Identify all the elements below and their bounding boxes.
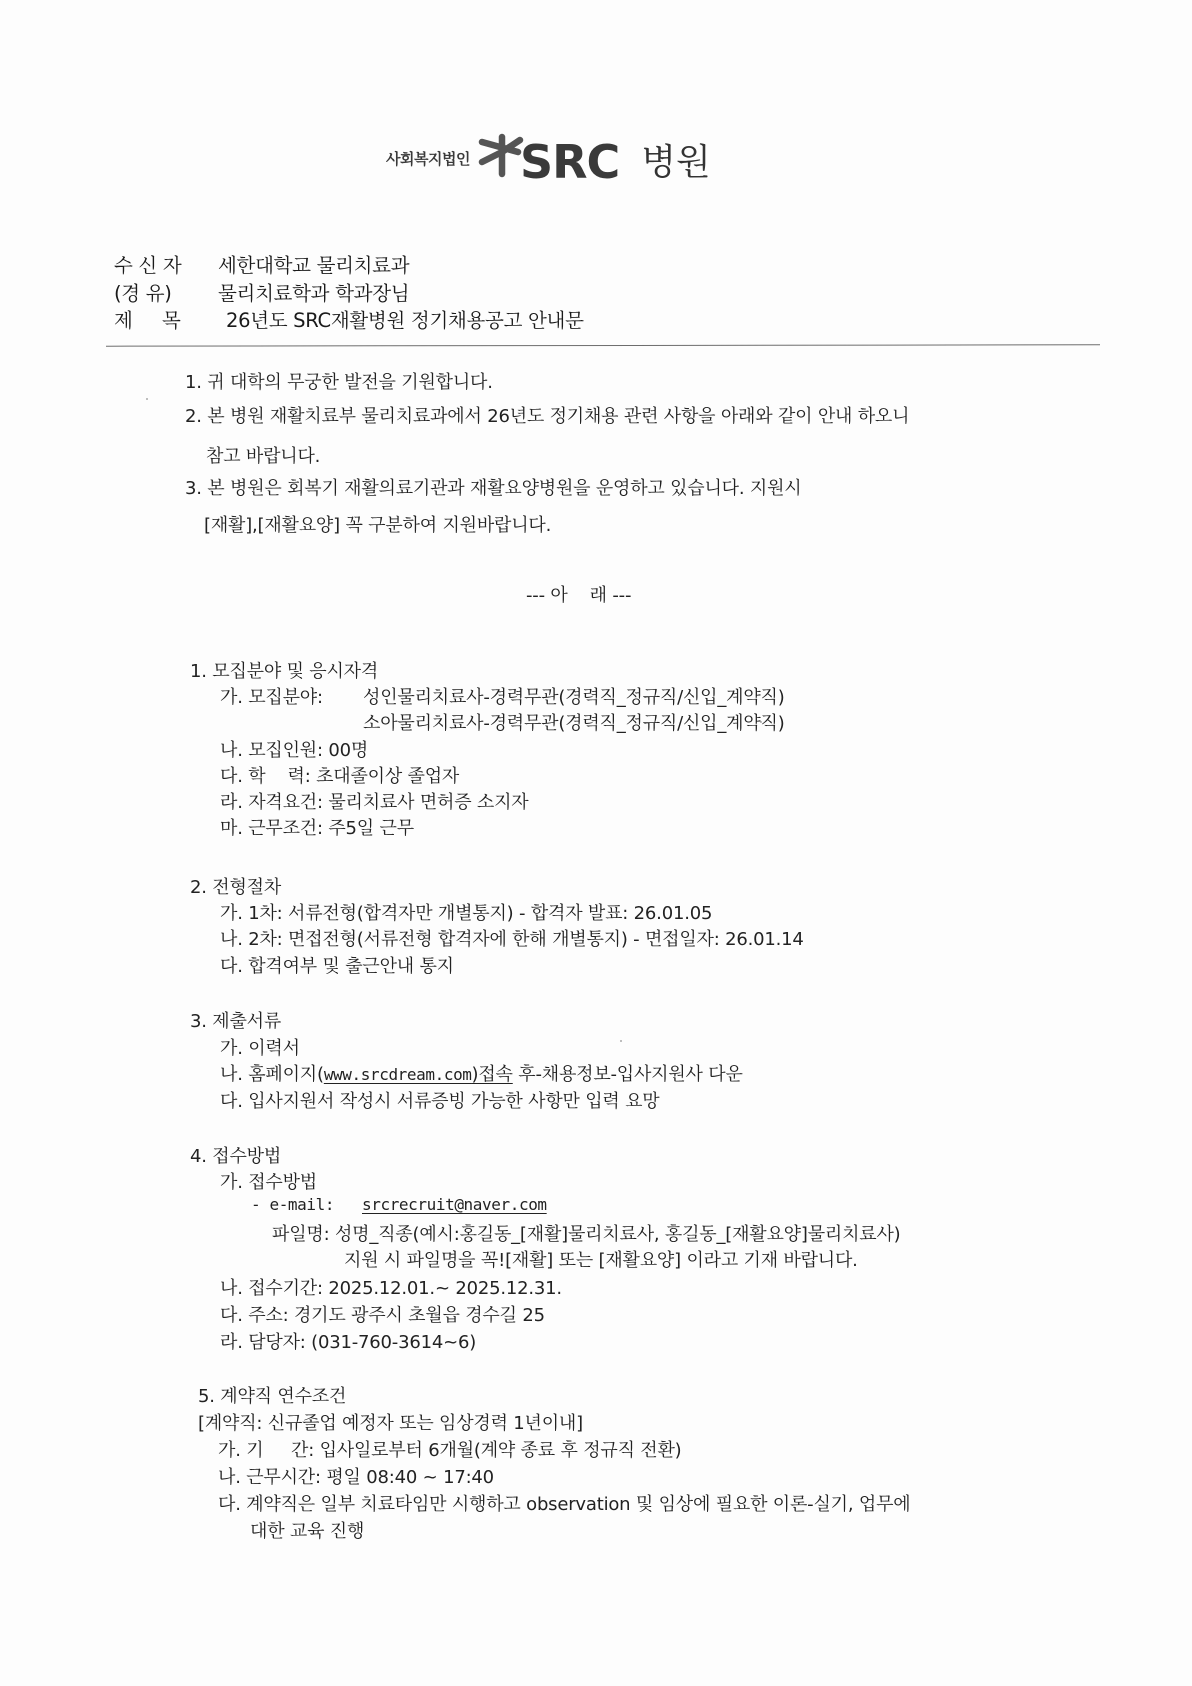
filename-rule: 파일명: 성명_직종(예시:홍길동_[재활]물리치료사, 홍길동_[재활요양]물… bbox=[272, 1220, 900, 1246]
recipient-value: 세한대학교 물리치료과 bbox=[218, 252, 409, 280]
section-4-a: 가. 접수방법 bbox=[220, 1168, 317, 1194]
scan-speck bbox=[620, 1040, 622, 1042]
document-page: 사회복지법인 SRC 병원 수 신 자 세한대학교 물리치료과 (경 유) 물리… bbox=[0, 0, 1192, 1686]
intro-item-3: 3. 본 병원은 회복기 재활의료기관과 재활요양병원을 운영하고 있습니다. … bbox=[185, 474, 801, 500]
section-1-d: 라. 자격요건: 물리치료사 면허증 소지자 bbox=[220, 788, 528, 814]
section-3-a: 가. 이력서 bbox=[220, 1034, 300, 1060]
subject-label: 제 목 bbox=[114, 307, 226, 335]
intro-item-1: 1. 귀 대학의 무궁한 발전을 기원합니다. bbox=[185, 368, 493, 394]
logo-suffix: 병원 bbox=[641, 134, 711, 185]
section-1-b: 나. 모집인원: 00명 bbox=[220, 736, 368, 762]
header-divider-line bbox=[106, 344, 1100, 346]
section-3-b: 나. 홈페이지(www.srcdream.com)접속 후-채용정보-입사지원사… bbox=[220, 1060, 743, 1086]
section-5-title: 5. 계약직 연수조건 bbox=[198, 1382, 346, 1408]
subject-value: 26년도 SRC재활병원 정기채용공고 안내문 bbox=[226, 307, 584, 335]
logo-prefix: 사회복지법인 bbox=[386, 148, 470, 169]
section-3-b-mid: )접속 bbox=[472, 1064, 513, 1085]
intro-item-3-cont: [재활],[재활요양] 꼭 구분하여 지원바랍니다. bbox=[204, 511, 551, 537]
email-link[interactable]: srcrecruit@naver.com bbox=[362, 1195, 547, 1214]
section-5-a: 가. 기 간: 입사일로부터 6개월(계약 종료 후 정규직 전환) bbox=[218, 1436, 682, 1462]
section-5-note: [계약직: 신규졸업 예정자 또는 임상경력 1년이내] bbox=[198, 1409, 583, 1435]
section-2-a: 가. 1차: 서류전형(합격자만 개별통지) - 합격자 발표: 26.01.0… bbox=[220, 899, 712, 925]
section-1-c: 다. 학 력: 초대졸이상 졸업자 bbox=[220, 762, 459, 788]
section-2-b: 나. 2차: 면접전형(서류전형 합격자에 한해 개별통지) - 면접일자: 2… bbox=[220, 925, 804, 951]
section-3-b-prefix: 나. 홈페이지( bbox=[220, 1064, 324, 1085]
section-5-c-cont: 대한 교육 진행 bbox=[250, 1517, 364, 1543]
section-2-c: 다. 합격여부 및 출근안내 통지 bbox=[220, 952, 454, 978]
section-1-a-label: 가. 모집분야: bbox=[220, 683, 323, 709]
section-5-c: 다. 계약직은 일부 치료타임만 시행하고 observation 및 임상에 … bbox=[218, 1490, 910, 1516]
section-1-title: 1. 모집분야 및 응시자격 bbox=[190, 657, 378, 683]
section-3-title: 3. 제출서류 bbox=[190, 1007, 281, 1033]
subject-row: 제 목 26년도 SRC재활병원 정기채용공고 안내문 bbox=[114, 307, 584, 335]
section-2-title: 2. 전형절차 bbox=[190, 873, 281, 899]
section-4-title: 4. 접수방법 bbox=[190, 1142, 281, 1168]
via-label: (경 유) bbox=[114, 280, 218, 308]
filename-note: 지원 시 파일명을 꼭![재활] 또는 [재활요양] 이라고 기재 바랍니다. bbox=[344, 1246, 858, 1272]
star-asterisk-icon bbox=[478, 132, 524, 178]
recipient-row: 수 신 자 세한대학교 물리치료과 bbox=[114, 252, 584, 280]
via-value: 물리치료학과 학과장님 bbox=[218, 280, 409, 308]
section-4-c: 다. 주소: 경기도 광주시 초월읍 경수길 25 bbox=[220, 1301, 545, 1327]
email-label: - e-mail: bbox=[251, 1195, 334, 1214]
section-1-e: 마. 근무조건: 주5일 근무 bbox=[220, 814, 414, 840]
homepage-link[interactable]: www.srcdream.com bbox=[324, 1065, 472, 1084]
divider-heading: --- 아 래 --- bbox=[526, 581, 631, 607]
recipient-label: 수 신 자 bbox=[114, 252, 218, 280]
section-4-b: 나. 접수기간: 2025.12.01.~ 2025.12.31. bbox=[220, 1274, 562, 1300]
intro-item-2: 2. 본 병원 재활치료부 물리치료과에서 26년도 정기채용 관련 사항을 아… bbox=[185, 402, 909, 428]
intro-item-2-cont: 참고 바랍니다. bbox=[206, 442, 320, 468]
section-3-c: 다. 입사지원서 작성시 서류증빙 가능한 사항만 입력 요망 bbox=[220, 1087, 660, 1113]
section-1-a-value-2: 소아물리치료사-경력무관(경력직_정규직/신입_계약직) bbox=[363, 709, 785, 735]
section-3-b-suffix: 후-채용정보-입사지원사 다운 bbox=[513, 1064, 743, 1085]
scan-speck bbox=[146, 398, 148, 400]
hospital-logo: 사회복지법인 SRC 병원 bbox=[386, 128, 711, 188]
section-4-d: 라. 담당자: (031-760-3614~6) bbox=[220, 1328, 476, 1354]
section-5-b: 나. 근무시간: 평일 08:40 ~ 17:40 bbox=[218, 1463, 494, 1489]
section-1-a-value-1: 성인물리치료사-경력무관(경력직_정규직/신입_계약직) bbox=[363, 683, 785, 709]
scan-speck bbox=[760, 721, 762, 723]
logo-brand: SRC bbox=[520, 135, 619, 189]
document-header: 수 신 자 세한대학교 물리치료과 (경 유) 물리치료학과 학과장님 제 목 … bbox=[114, 252, 584, 335]
via-row: (경 유) 물리치료학과 학과장님 bbox=[114, 280, 584, 308]
